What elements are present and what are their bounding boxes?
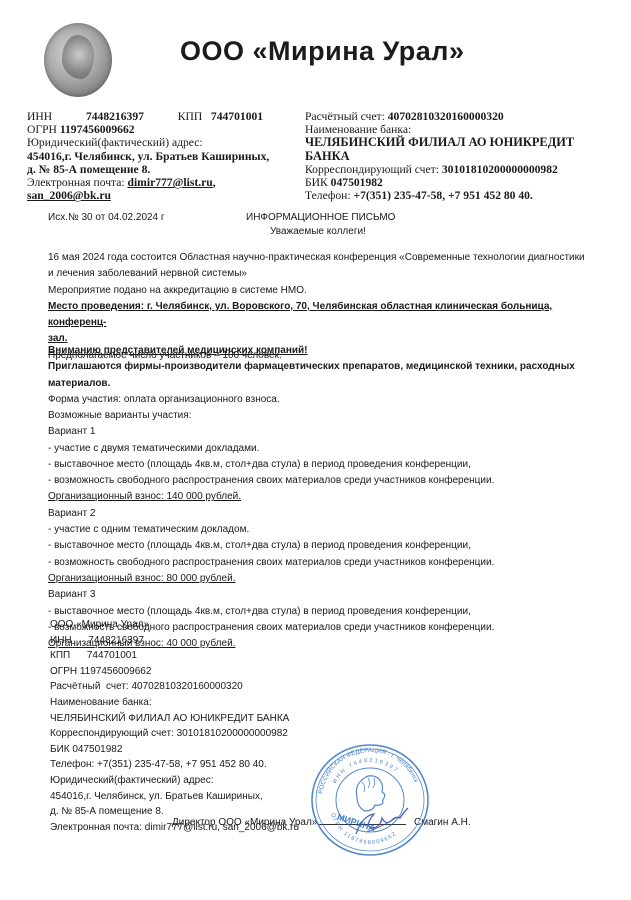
- variant-item: - возможность свободного распространения…: [48, 473, 608, 489]
- company-logo-coin-icon: [44, 23, 112, 97]
- footer-line: КПП 744701001: [50, 648, 350, 664]
- address-line-2: д. № 85-А помещение 8.: [27, 163, 297, 176]
- phone-label: Телефон:: [305, 189, 351, 202]
- variant-item: - участие с двумя тематическими докладам…: [48, 441, 608, 457]
- email-separator: ,: [213, 176, 216, 189]
- bik-label: БИК: [305, 176, 328, 189]
- invite-line-2: материалов.: [48, 376, 608, 392]
- variant-1: Вариант 1 - участие с двумя тематическим…: [48, 424, 608, 505]
- account-value: 40702810320160000320: [388, 110, 504, 123]
- company-seal-stamp-icon: РОССИЙСКАЯ ФЕДЕРАЦИЯ · г. Челябинск ИНН …: [308, 738, 432, 858]
- invite-line-1: Приглашаются фирмы-производители фармаце…: [48, 359, 608, 375]
- options-title: Возможные варианты участия:: [48, 408, 608, 424]
- phone-value: +7(351) 235-47-58, +7 951 452 80 40.: [354, 189, 533, 202]
- companies-section: Вниманию представителей медицинских комп…: [48, 343, 608, 408]
- variant-item: - участие с одним тематическим докладом.: [48, 522, 608, 538]
- email-link-1[interactable]: dimir777@list.ru: [128, 176, 213, 189]
- kpp-label: КПП: [178, 110, 202, 123]
- variant-name: Вариант 3: [48, 587, 608, 603]
- variant-item: - выставочное место (площадь 4кв.м, стол…: [48, 538, 608, 554]
- variant-2: Вариант 2 - участие с одним тематическим…: [48, 506, 608, 587]
- corr-account-label: Корреспондирующий счет:: [305, 163, 439, 176]
- variant-item: - выставочное место (площадь 4кв.м, стол…: [48, 457, 608, 473]
- participation-options: Возможные варианты участия: Вариант 1 - …: [48, 408, 608, 652]
- participation-form: Форма участия: оплата организационного в…: [48, 392, 608, 408]
- footer-line: ОГРН 1197456009662: [50, 664, 350, 680]
- footer-requisites: ООО «Мирина Урал» ИНН 7448216397 КПП 744…: [50, 617, 350, 835]
- attention-heading: Вниманию представителей медицинских комп…: [48, 343, 608, 359]
- variant-fee: Организационный взнос: 80 000 рублей.: [48, 571, 608, 587]
- footer-line: 454016,г. Челябинск, ул. Братьев Каширин…: [50, 789, 350, 805]
- director-position: Директор ООО «Мирина Урал»: [172, 817, 317, 828]
- footer-line: Юридический(фактический) адрес:: [50, 773, 350, 789]
- requisites-right: Расчётный счет: 40702810320160000320 Наи…: [305, 110, 625, 202]
- bik-value: 047501982: [331, 176, 383, 189]
- footer-line: Телефон: +7(351) 235-47-58, +7 951 452 8…: [50, 757, 350, 773]
- letter-type-heading: ИНФОРМАЦИОННОЕ ПИСЬМО: [246, 212, 395, 223]
- email-label: Электронная почта:: [27, 176, 125, 189]
- bank-name-line-2: БАНКА: [305, 150, 625, 163]
- ogrn-value: 1197456009662: [60, 123, 135, 136]
- outgoing-reference-number: Исх.№ 30 от 04.02.2024 г: [48, 212, 165, 223]
- footer-line: Наименование банка:: [50, 695, 350, 711]
- address-label: Юридический(фактический) адрес:: [27, 136, 297, 149]
- address-line-1: 454016,г. Челябинск, ул. Братьев Каширин…: [27, 150, 297, 163]
- corr-account-value: 30101810200000000982: [442, 163, 558, 176]
- email-link-2[interactable]: san_2006@bk.ru: [27, 189, 111, 202]
- footer-line: Расчётный счет: 40702810320160000320: [50, 679, 350, 695]
- intro-line-1: 16 мая 2024 года состоится Областная нау…: [48, 250, 608, 266]
- inn-label: ИНН: [27, 110, 52, 123]
- footer-line: ЧЕЛЯБИНСКИЙ ФИЛИАЛ АО ЮНИКРЕДИТ БАНКА: [50, 711, 350, 727]
- company-title: ООО «Мирина Урал»: [180, 36, 464, 67]
- variant-name: Вариант 2: [48, 506, 608, 522]
- footer-line: Корреспондирующий счет: 3010181020000000…: [50, 726, 350, 742]
- ogrn-label: ОГРН: [27, 123, 57, 136]
- requisites-left: ИНН 7448216397 КПП 744701001 ОГРН 119745…: [27, 110, 297, 202]
- intro-line-2: и лечения заболеваний нервной системы»: [48, 266, 608, 282]
- bank-name-line-1: ЧЕЛЯБИНСКИЙ ФИЛИАЛ АО ЮНИКРЕДИТ: [305, 136, 625, 149]
- accreditation-line: Мероприятие подано на аккредитацию в сис…: [48, 283, 608, 299]
- footer-line: ИНН 7448216397: [50, 633, 350, 649]
- account-label: Расчётный счет:: [305, 110, 385, 123]
- venue-line-1: Место проведения: г. Челябинск, ул. Воро…: [48, 299, 608, 332]
- footer-line: ООО «Мирина Урал»: [50, 617, 350, 633]
- variant-fee: Организационный взнос: 140 000 рублей.: [48, 489, 608, 505]
- greeting: Уважаемые коллеги!: [270, 226, 366, 237]
- kpp-value: 744701001: [211, 110, 263, 123]
- footer-line: БИК 047501982: [50, 742, 350, 758]
- inn-value: 7448216397: [86, 110, 144, 123]
- variant-item: - возможность свободного распространения…: [48, 555, 608, 571]
- variant-name: Вариант 1: [48, 424, 608, 440]
